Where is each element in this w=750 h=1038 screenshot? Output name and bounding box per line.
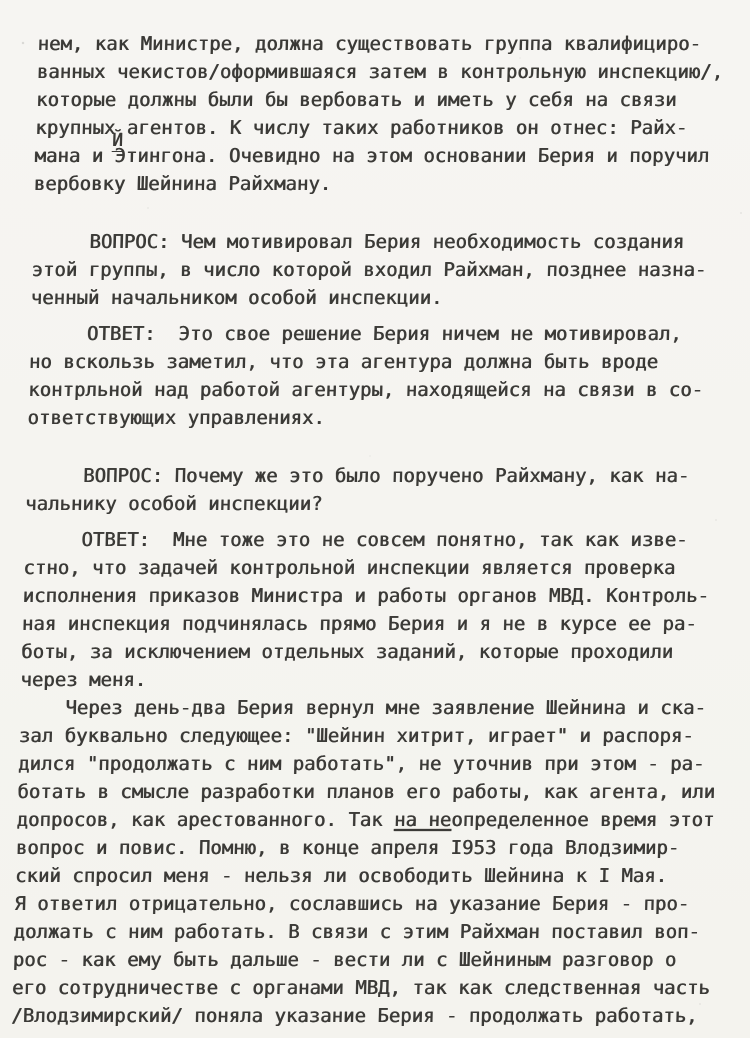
text-line: исполнения приказов Министра и работы ор…	[22, 582, 728, 610]
text-line: Через день-два Берия вернул мне заявлени…	[19, 694, 725, 722]
text-line: ВОПРОС: Почему же это было поручено Райх…	[26, 462, 732, 490]
text-line: этой группы, в число которой входил Райх…	[31, 256, 737, 284]
text-line: /Влодзимирский/ поняла указание Берия - …	[11, 1002, 717, 1030]
paragraph-narrative-paragraph: Через день-два Берия вернул мне заявлени…	[11, 694, 725, 1030]
text-line: чальнику особой инспекции?	[25, 490, 731, 518]
text-line: ченный начальником особой инспекции.	[30, 284, 736, 312]
paragraph-answer-1: ОТВЕТ: Это свое решение Берия ничем не м…	[27, 320, 735, 432]
handwritten-insertion: Й	[112, 132, 123, 152]
text-line: ОТВЕТ: Это свое решение Берия ничем не м…	[29, 320, 735, 348]
text-line: дился "продолжать с ним работать", не ут…	[18, 750, 724, 778]
text-line: которые должны были бы вербовать и иметь…	[36, 86, 742, 114]
text-line: ВОПРОС: Чем мотивировал Берия необходимо…	[32, 228, 738, 256]
text-line: ответствующих управлениях.	[27, 404, 733, 432]
text-line: должать с ним работать. В связи с этим Р…	[13, 918, 719, 946]
text-line: ная инспекция подчинялась прямо Берия и …	[22, 610, 728, 638]
document-text: нем, как Министре, должна существовать г…	[11, 30, 743, 1030]
paragraph-answer-2: ОТВЕТ: Мне тоже это не совсем понятно, т…	[20, 526, 730, 694]
paragraph-question-2: ВОПРОС: Почему же это было поручено Райх…	[25, 462, 732, 518]
text-line: ОТВЕТ: Мне тоже это не совсем понятно, т…	[24, 526, 730, 554]
text-line: ванных чекистов/оформившаяся затем в кон…	[36, 58, 742, 86]
text-line: зал буквально следующее: "Шейнин хитрит,…	[19, 722, 725, 750]
text-line: ский спросил меня - нельзя ли освободить…	[15, 862, 721, 890]
text-line: ботать в смысле разработки планов его ра…	[17, 778, 723, 806]
text-line: боты, за исключением отдельных заданий, …	[21, 638, 727, 666]
pen-underline: на не	[394, 809, 452, 831]
paragraph-continuation-paragraph: нем, как Министре, должна существовать г…	[33, 30, 743, 198]
text-line: его сотрудничестве с органами МВД, так к…	[12, 974, 718, 1002]
text-line: но вскользь заметил, что эта агентура до…	[29, 348, 735, 376]
text-line: мана и ЙЭтингона. Очевидно на этом основ…	[34, 142, 740, 170]
document-page: нем, как Министре, должна существовать г…	[0, 0, 750, 1038]
text-line: рос - как ему быть дальше - вести ли с Ш…	[12, 946, 718, 974]
text-line: вербовку Шейнина Райхману.	[33, 170, 739, 198]
text-line: контрльной над работой агентуры, находящ…	[28, 376, 734, 404]
text-line: Я ответил отрицательно, сославшись на ук…	[14, 890, 720, 918]
paragraph-question-1: ВОПРОС: Чем мотивировал Берия необходимо…	[30, 228, 737, 312]
text-line: крупных агентов. К числу таких работнико…	[35, 114, 741, 142]
text-line: вопрос и повис. Помню, в конце апреля I9…	[15, 834, 721, 862]
text-line: нем, как Министре, должна существовать г…	[37, 30, 743, 58]
text-line: допросов, как арестованного. Так на неоп…	[16, 806, 722, 834]
text-line: стно, что задачей контрольной инспекции …	[23, 554, 729, 582]
text-line: через меня.	[20, 666, 726, 694]
